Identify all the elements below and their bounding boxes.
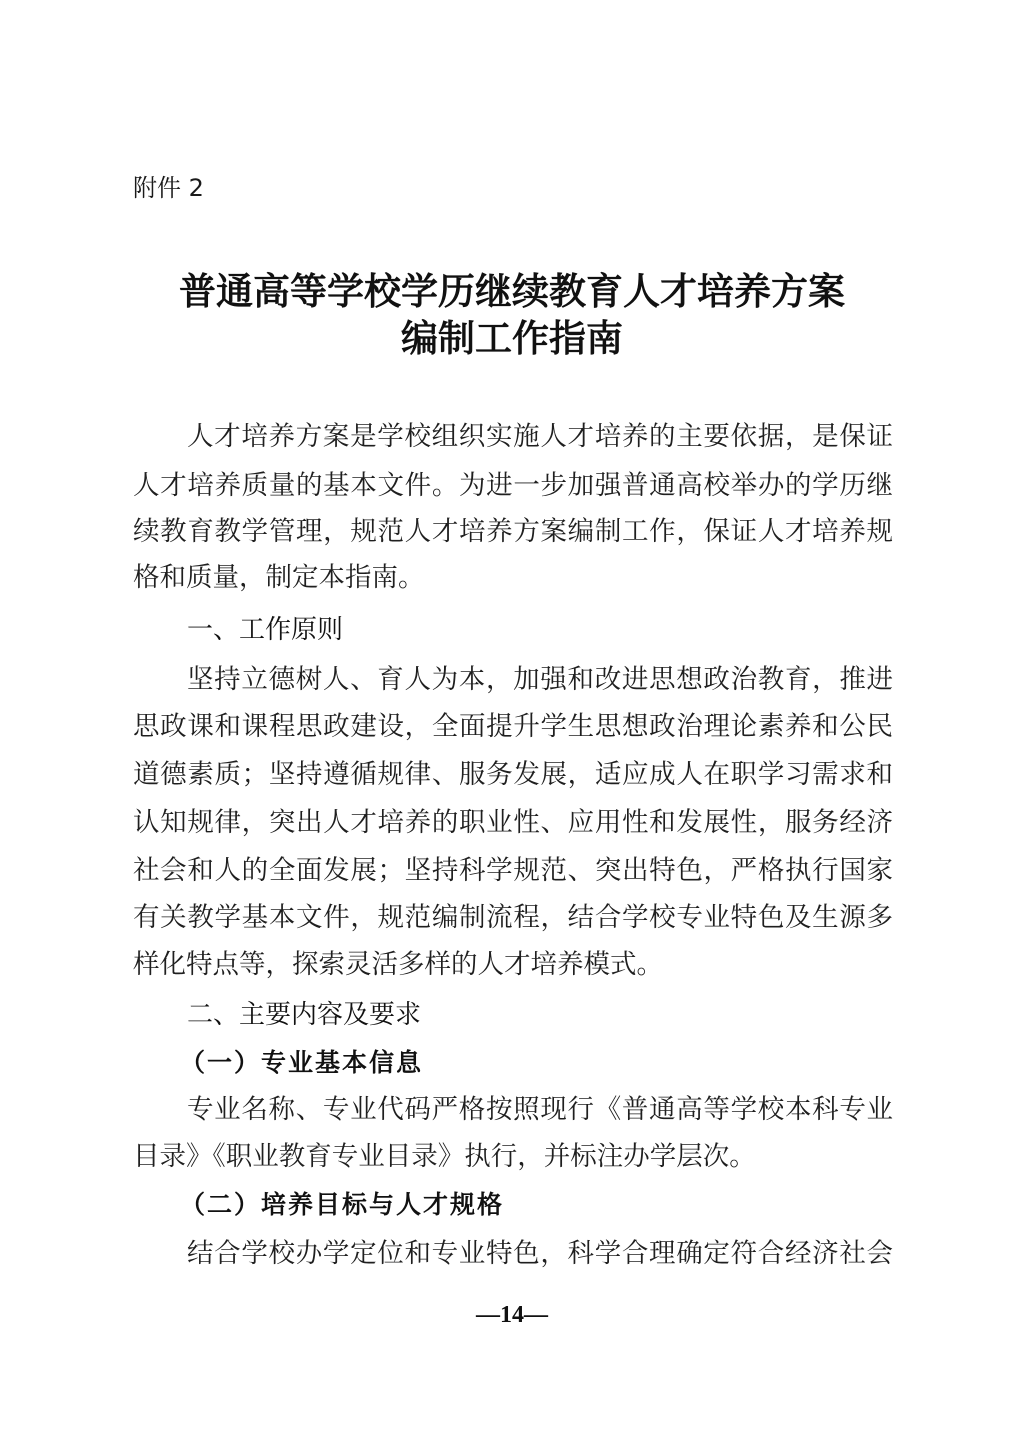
subsection1-line: 专业名称、专业代码严格按照现行《普通高等学校本科专业 [187, 1093, 893, 1127]
attachment-label: 附件 2 [133, 168, 204, 203]
intro-line: 续教育教学管理，规范人才培养方案编制工作，保证人才培养规 [133, 515, 893, 549]
subsection1-line: 目录》《职业教育专业目录》执行，并标注办学层次。 [133, 1140, 893, 1174]
section1-line: 坚持立德树人、育人为本，加强和改进思想政治教育，推进 [187, 663, 893, 697]
section1-line: 有关教学基本文件，规范编制流程，结合学校专业特色及生源多 [133, 901, 893, 935]
section1-line: 样化特点等，探索灵活多样的人才培养模式。 [133, 948, 893, 982]
page-number: —14— [0, 1302, 1024, 1329]
document-page: 附件 2 普通高等学校学历继续教育人才培养方案 编制工作指南 人才培养方案是学校… [0, 0, 1024, 1448]
intro-line: 人才培养质量的基本文件。为进一步加强普通高校举办的学历继 [133, 469, 893, 503]
document-title-line-1: 普通高等学校学历继续教育人才培养方案 [0, 268, 1024, 314]
subsection2-line: 结合学校办学定位和专业特色，科学合理确定符合经济社会 [187, 1237, 893, 1271]
intro-line: 人才培养方案是学校组织实施人才培养的主要依据，是保证 [187, 420, 893, 454]
subsection-heading-goals: （二）培养目标与人才规格 [180, 1188, 504, 1222]
section1-line: 思政课和课程思政建设，全面提升学生思想政治理论素养和公民 [133, 710, 893, 744]
intro-line: 格和质量，制定本指南。 [133, 561, 893, 595]
section-heading-principles: 一、工作原则 [187, 613, 343, 647]
subsection-heading-basic-info: （一）专业基本信息 [180, 1046, 423, 1080]
section1-line: 认知规律，突出人才培养的职业性、应用性和发展性，服务经济 [133, 806, 893, 840]
section1-line: 社会和人的全面发展；坚持科学规范、突出特色，严格执行国家 [133, 854, 893, 888]
section1-line: 道德素质；坚持遵循规律、服务发展，适应成人在职学习需求和 [133, 758, 893, 792]
section-heading-content: 二、主要内容及要求 [187, 998, 421, 1032]
document-title-line-2: 编制工作指南 [0, 315, 1024, 361]
